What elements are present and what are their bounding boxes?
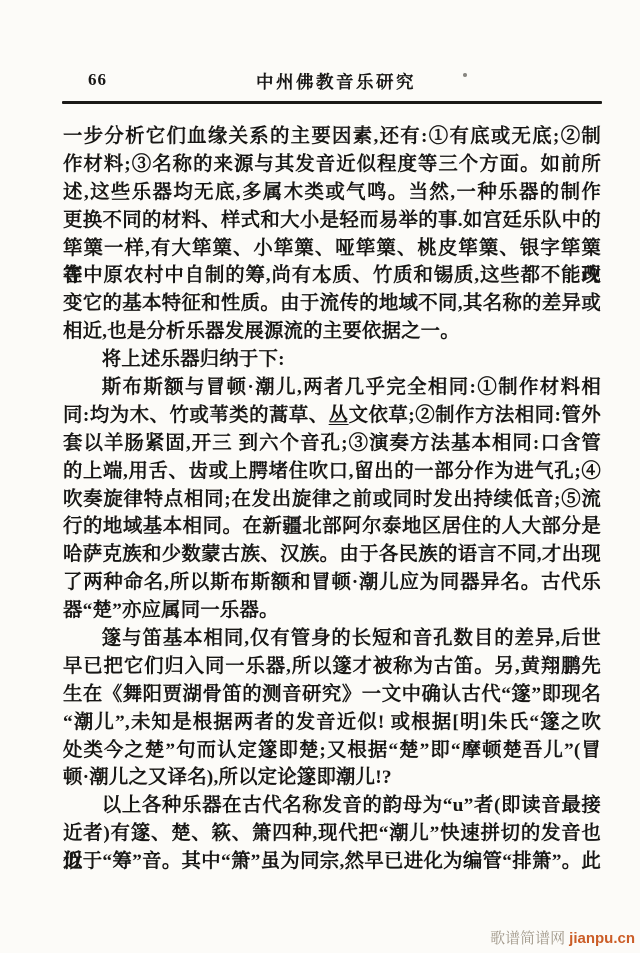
proper-noun-underline: 丛 (329, 405, 349, 426)
text-segment: 篴与笛基本相同,仅有管身的长短和音孔数目的差异,后世 (102, 628, 601, 649)
text-segment: “潮儿”,未知是根据两者的发音近似! 或根据[明]朱氏“篴之吹 (63, 712, 601, 733)
text-segment: 吹奏旋律特点相同;在发出旋律之前或同时发出持续低音;⑤流 (63, 489, 601, 510)
text-line: 作材料;③名称的来源与其发音近似程度等三个方面。如前所 (63, 151, 601, 179)
text-segment: 似于“筹”音。其中“箫”虽为同宗,然早已进化为编管“排箫”。此 (63, 851, 601, 872)
text-segment: 作材料;③名称的来源与其发音近似程度等三个方面。如前所 (63, 154, 601, 175)
text-line: 述,这些乐器均无底,多属木类或气鸣。当然,一种乐器的制作 (63, 179, 601, 207)
scan-speck (463, 73, 467, 77)
text-line: 的上端,用舌、齿或上腭堵住吹口,留出的一部分作为进气孔;④ (63, 458, 601, 486)
text-line: 套以羊肠紧固,开三 到六个音孔;③演奏方法基本相同:口含管 (63, 430, 601, 458)
text-line: 处类今之楚”句而认定篴即楚;又根据“楚”即“摩顿楚吾儿”(冒 (63, 737, 601, 765)
text-line: 了两种命名,所以斯布斯额和冒顿·潮儿应为同器异名。古代乐 (63, 569, 601, 597)
text-line: 行的地域基本相同。在新疆北部阿尔泰地区居住的人大部分是 (63, 513, 601, 541)
text-line: 一步分析它们血缘关系的主要因素,还有:①有底或无底;②制 (63, 123, 601, 151)
text-segment: 变它的基本特征和性质。由于流传的地域不同,其名称的差异或 (63, 293, 601, 314)
text-segment: 文依草;②制作方法相同:管外 (349, 405, 601, 426)
text-segment: 将上述乐器归纳于下: (102, 349, 285, 370)
text-line: 哈萨克族和少数蒙古族、汉族。由于各民族的语言不同,才出现 (63, 541, 601, 569)
text-segment: 的上端,用舌、齿或上腭堵住吹口,留出的一部分作为进气孔;④ (63, 461, 601, 482)
text-segment: 以上各种乐器在古代名称发音的韵母为“u”者(即读音最接 (102, 795, 601, 816)
text-line: 顿·潮儿之又译名),所以定论篴即潮儿!? (63, 764, 601, 792)
text-line: 早已把它们归入同一乐器,所以篴才被称为古笛。另,黄翔鹏先 (63, 653, 601, 681)
text-segment: 哈萨克族和少数蒙古族、汉族。由于各民族的语言不同,才出现 (63, 544, 601, 565)
text-segment: 了两种命名,所以斯布斯额和冒顿·潮儿应为同器异名。古代乐 (63, 572, 601, 593)
watermark-site-name: 歌谱简谱网 (490, 930, 565, 947)
text-line: 斯布斯额与冒顿·潮儿,两者几乎完全相同:①制作材料相 (63, 374, 601, 402)
text-line: 篴与笛基本相同,仅有管身的长短和音孔数目的差异,后世 (63, 625, 601, 653)
text-line: 相近,也是分析乐器发展源流的主要依据之一。 (63, 318, 601, 346)
text-segment: 相近,也是分析乐器发展源流的主要依据之一。 (63, 321, 460, 342)
text-segment: 同:均为木、竹或苇类的蒿草、 (63, 405, 329, 426)
text-line: 在中原农村中自制的筹,尚有木质、竹质和锡质,这些都不能改 (63, 262, 601, 290)
text-segment: 一步分析它们血缘关系的主要因素,还有:①有底或无底;②制 (63, 126, 601, 147)
text-segment: 述,这些乐器均无底,多属木类或气鸣。当然,一种乐器的制作 (63, 182, 601, 203)
text-segment: 斯布斯额与冒顿·潮儿,两者几乎完全相同:①制作材料相 (102, 377, 601, 398)
text-line: 近者)有篴、楚、篍、箫四种,现代把“潮儿”快速拼切的发音也近 (63, 820, 601, 848)
text-segment: 处类今之楚”句而认定篴即楚;又根据“楚”即“摩顿楚吾儿”(冒 (63, 740, 601, 761)
watermark: 歌谱简谱网jianpu.cn (490, 927, 635, 948)
text-line: 吹奏旋律特点相同;在发出旋律之前或同时发出持续低音;⑤流 (63, 486, 601, 514)
book-page: 66 中州佛教音乐研究 一步分析它们血缘关系的主要因素,还有:①有底或无底;②制… (0, 0, 640, 953)
text-segment: 套以羊肠紧固,开三 到六个音孔;③演奏方法基本相同:口含管 (63, 433, 601, 454)
watermark-site-url: jianpu.cn (569, 930, 635, 947)
text-line: 变它的基本特征和性质。由于流传的地域不同,其名称的差异或 (63, 290, 601, 318)
text-line: 器“楚”亦应属同一乐器。 (63, 597, 601, 625)
text-line: 以上各种乐器在古代名称发音的韵母为“u”者(即读音最接 (63, 792, 601, 820)
text-line: 筚篥一样,有大筚篥、小筚篥、哑筚篥、桃皮筚篥、银字筚篥等。现 (63, 235, 601, 263)
text-segment: 行的地域基本相同。在新疆北部阿尔泰地区居住的人大部分是 (63, 516, 601, 537)
header-rule (62, 101, 602, 104)
text-segment: 生在《舞阳贾湖骨笛的测音研究》一文中确认古代“篴”即现名 (63, 684, 601, 705)
text-segment: 器“楚”亦应属同一乐器。 (63, 600, 279, 621)
text-line: 更换不同的材料、样式和大小是轻而易举的事.如宫廷乐队中的 (63, 207, 601, 235)
text-line: 似于“筹”音。其中“箫”虽为同宗,然早已进化为编管“排箫”。此 (63, 848, 601, 876)
page-header-title: 中州佛教音乐研究 (256, 69, 416, 94)
text-line: “潮儿”,未知是根据两者的发音近似! 或根据[明]朱氏“篴之吹 (63, 709, 601, 737)
text-line: 将上述乐器归纳于下: (63, 346, 601, 374)
text-segment: 顿·潮儿之又译名),所以定论篴即潮儿!? (63, 767, 392, 788)
body-text: 一步分析它们血缘关系的主要因素,还有:①有底或无底;②制作材料;③名称的来源与其… (63, 123, 601, 876)
text-segment: 早已把它们归入同一乐器,所以篴才被称为古笛。另,黄翔鹏先 (63, 656, 601, 677)
page-number: 66 (88, 70, 107, 90)
text-segment: 更换不同的材料、样式和大小是轻而易举的事.如宫廷乐队中的 (63, 210, 601, 231)
text-segment: 在中原农村中自制的筹,尚有木质、竹质和锡质,这些都不能改 (63, 265, 601, 286)
text-line: 生在《舞阳贾湖骨笛的测音研究》一文中确认古代“篴”即现名 (63, 681, 601, 709)
text-line: 同:均为木、竹或苇类的蒿草、丛文依草;②制作方法相同:管外 (63, 402, 601, 430)
